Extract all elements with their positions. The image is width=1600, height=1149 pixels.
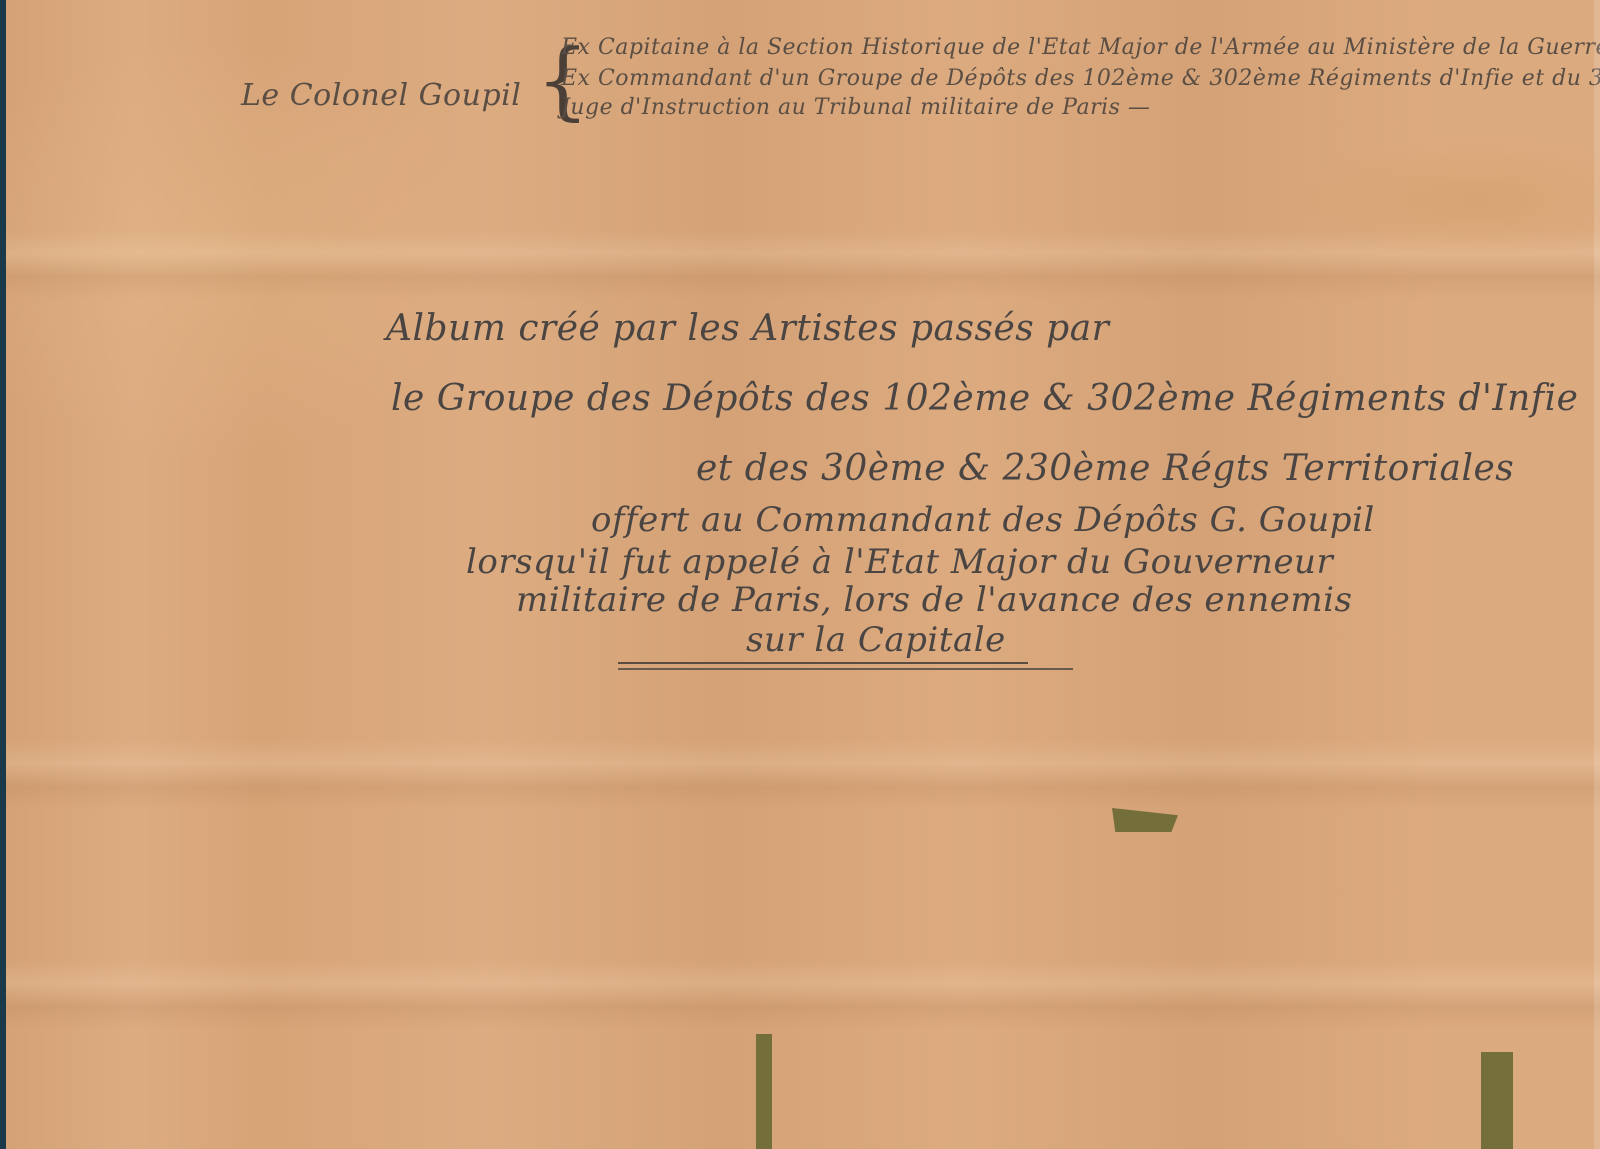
paper-fold bbox=[6, 740, 1600, 810]
header-line-3: Juge d'Instruction au Tribunal militaire… bbox=[561, 95, 1150, 120]
body-line-4: offert au Commandant des Dépôts G. Goupi… bbox=[591, 500, 1375, 540]
paper-edge bbox=[1594, 0, 1600, 1149]
underline bbox=[618, 662, 1028, 664]
header-line-2: Ex Commandant d'un Groupe de Dépôts des … bbox=[561, 66, 1600, 91]
document-page: Le Colonel Goupil { Ex Capitaine à la Se… bbox=[6, 0, 1600, 1149]
body-line-5: lorsqu'il fut appelé à l'Etat Major du G… bbox=[466, 542, 1333, 582]
tape-remnant bbox=[1481, 1052, 1513, 1149]
body-line-3: et des 30ème & 230ème Régts Territoriale… bbox=[696, 448, 1514, 489]
header-name: Le Colonel Goupil bbox=[241, 78, 521, 113]
paper-fold bbox=[6, 230, 1600, 300]
body-line-1: Album créé par les Artistes passés par bbox=[386, 308, 1109, 349]
header-line-1: Ex Capitaine à la Section Historique de … bbox=[561, 35, 1600, 60]
body-line-6: militaire de Paris, lors de l'avance des… bbox=[516, 580, 1352, 620]
tape-remnant bbox=[756, 1034, 772, 1149]
underline bbox=[618, 668, 1073, 670]
body-line-2: le Groupe des Dépôts des 102ème & 302ème… bbox=[391, 378, 1578, 419]
body-line-7: sur la Capitale bbox=[746, 620, 1006, 660]
paper-fold bbox=[6, 960, 1600, 1030]
tape-remnant bbox=[1112, 808, 1178, 832]
